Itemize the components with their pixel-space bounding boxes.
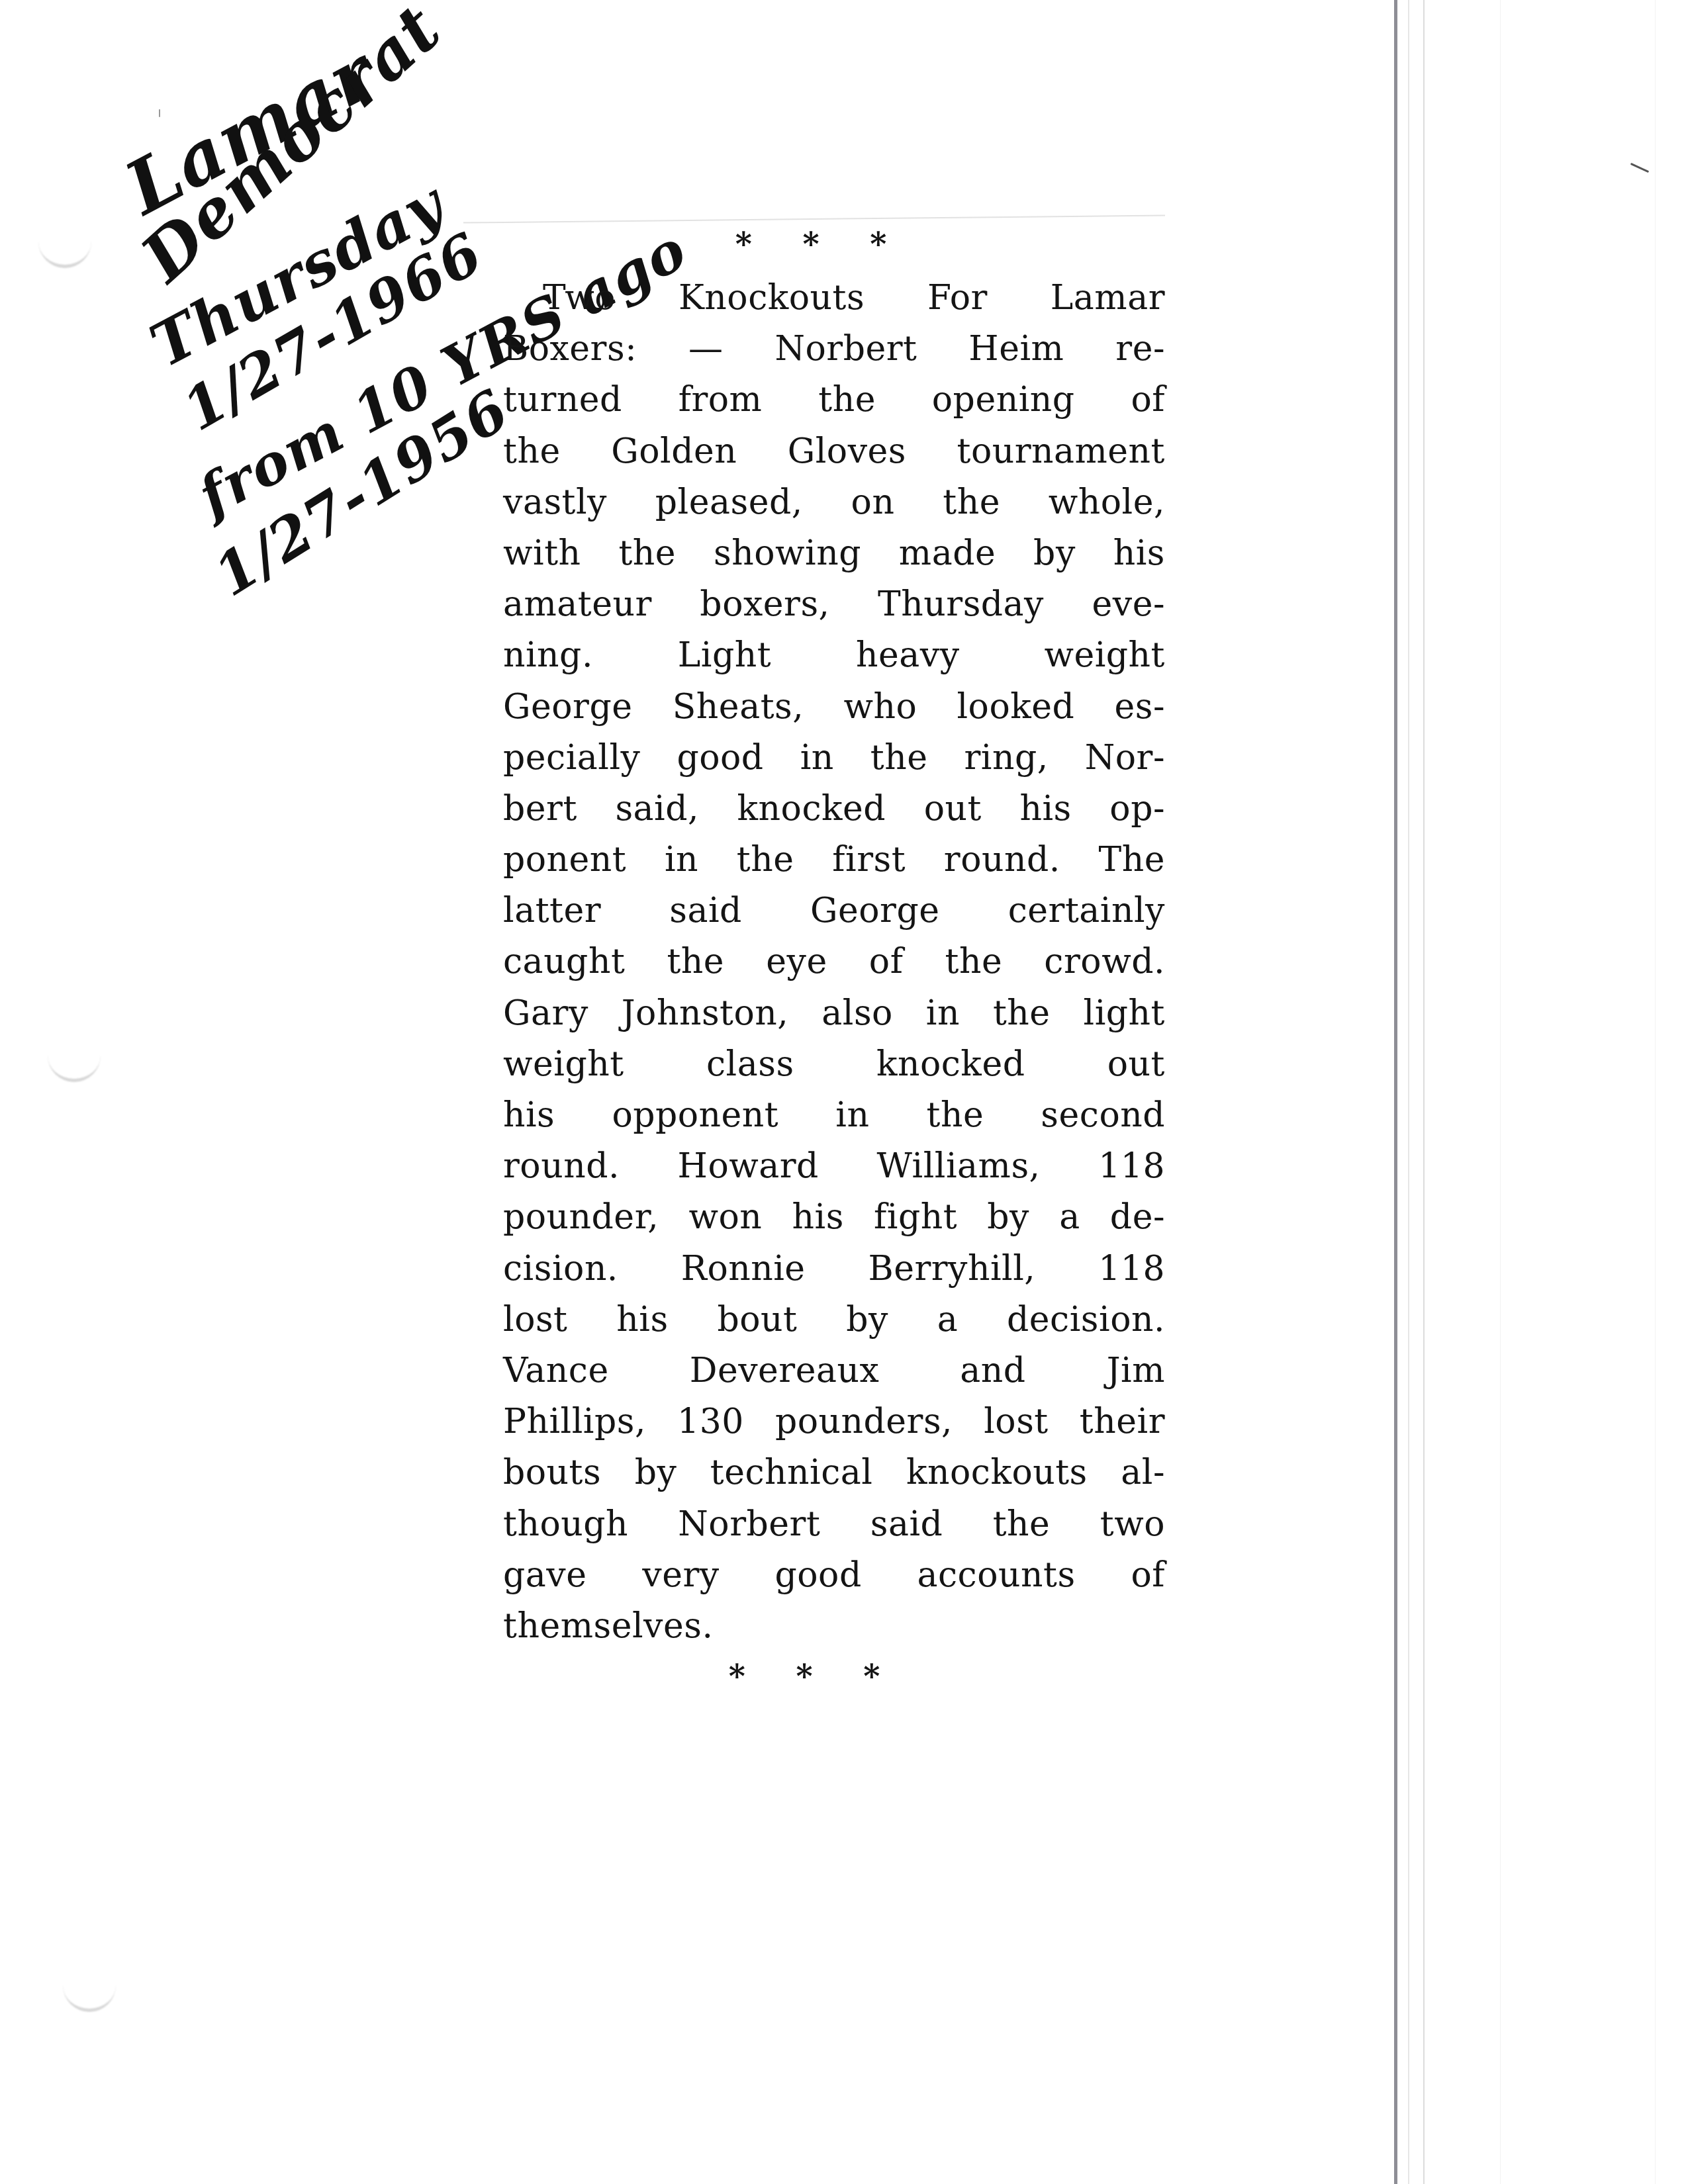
article-text-line: gave very good accounts of [503,1550,1165,1601]
article-text-line: pounder, won his fight by a de- [503,1192,1165,1243]
article-text-line: his opponent in the second [503,1090,1165,1141]
article-text-line: lost his bout by a decision. [503,1295,1165,1345]
article-text-line: amateur boxers, Thursday eve- [503,579,1165,630]
article-text-line: bouts by technical knockouts al- [503,1447,1165,1498]
scanned-page: Lamar Democrat Thursday 1/27-1966 from 1… [0,0,1688,2184]
article-text-line: round. Howard Williams, 118 [503,1141,1165,1192]
page-edge-line [1408,0,1409,2184]
article-text-line: bert said, knocked out his op- [503,784,1165,835]
article-text-line: latter said George certainly [503,886,1165,936]
article-text-line: themselves. [503,1601,1165,1652]
page-edge-line [1500,0,1501,2184]
scan-speck [159,109,160,117]
article-text-line: Gary Johnston, also in the light [503,988,1165,1039]
newspaper-clipping: * * * Two Knockouts For LamarBoxers: — N… [503,225,1165,1697]
article-text-line: Phillips, 130 pounders, lost their [503,1396,1165,1447]
page-edge-line [1394,0,1397,2184]
article-text-line: ning. Light heavy weight [503,630,1165,681]
separator-stars-bottom: * * * [463,1657,1165,1697]
article-text-line: ponent in the first round. The [503,835,1165,886]
separator-stars-top: * * * [477,225,1165,265]
article-text-line: though Norbert said the two [503,1499,1165,1550]
article-body: Two Knockouts For LamarBoxers: — Norbert… [503,273,1165,1652]
page-edge-line [1655,0,1656,2184]
article-text-line: Boxers: — Norbert Heim re- [503,324,1165,375]
article-text-line: George Sheats, who looked es- [503,682,1165,733]
binder-hole-mark [48,1052,101,1082]
article-text-line: caught the eye of the crowd. [503,936,1165,987]
article-text-line: pecially good in the ring, Nor- [503,733,1165,784]
article-headline-line: Two Knockouts For Lamar [503,273,1165,324]
article-text-line: Vance Devereaux and Jim [503,1345,1165,1396]
article-text-line: turned from the opening of [503,375,1165,426]
article-text-line: with the showing made by his [503,528,1165,579]
article-text-line: vastly pleased, on the whole, [503,477,1165,528]
article-text-line: the Golden Gloves tournament [503,426,1165,477]
scan-speck [1630,163,1649,173]
article-text-line: weight class knocked out [503,1039,1165,1090]
page-edge-line [1423,0,1425,2184]
binder-hole-mark [38,238,91,268]
article-text-line: cision. Ronnie Berryhill, 118 [503,1244,1165,1295]
binder-hole-mark [63,1982,116,2012]
